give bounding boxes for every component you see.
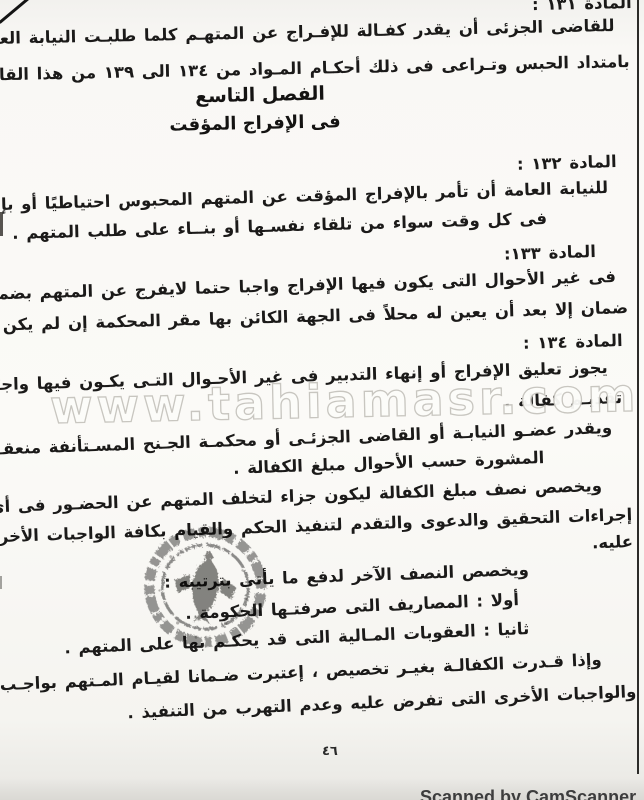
scan-corner-artifact [0,0,29,23]
chapter-subtitle: فى الإفراج المؤقت [150,111,360,136]
scanned-legal-document-page: المادة ١٣١ : للقاضى الجزئى أن يقدر كفـال… [0,0,644,800]
article-134-line-10: ثانيا : العقوبات المـالية التى قد يحكـم … [64,618,530,659]
article-133-label: المادة ١٣٣: [504,241,596,266]
article-134-label: المادة ١٣٤ : [523,330,623,355]
article-131-label: المادة ١٣١ : [532,0,632,16]
article-131-line-2: بامتداد الحبس وتـراعى فى ذلك أحكـام المـ… [0,51,630,87]
official-eagle-stamp-icon [135,519,275,659]
article-134-line-7: عليه. [592,531,634,554]
article-132-label: المادة ١٣٢ : [517,151,617,176]
page-number: ٤٦ [322,744,338,759]
scan-edge-smudge [0,576,2,589]
article-131-line-1: للقاضى الجزئى أن يقدر كفـالة للإفـراج عن… [0,15,614,51]
camscanner-credit: Scanned by CamScanner [420,787,636,800]
article-132-line-2: فى كل وقت سواء من تلقاء نفسـها أو بنــاء… [12,208,547,245]
article-134-line-4: المشورة حسب الأحوال مبلغ الكفالة . [233,447,545,480]
chapter-title: الفصل التاسع [150,82,370,109]
